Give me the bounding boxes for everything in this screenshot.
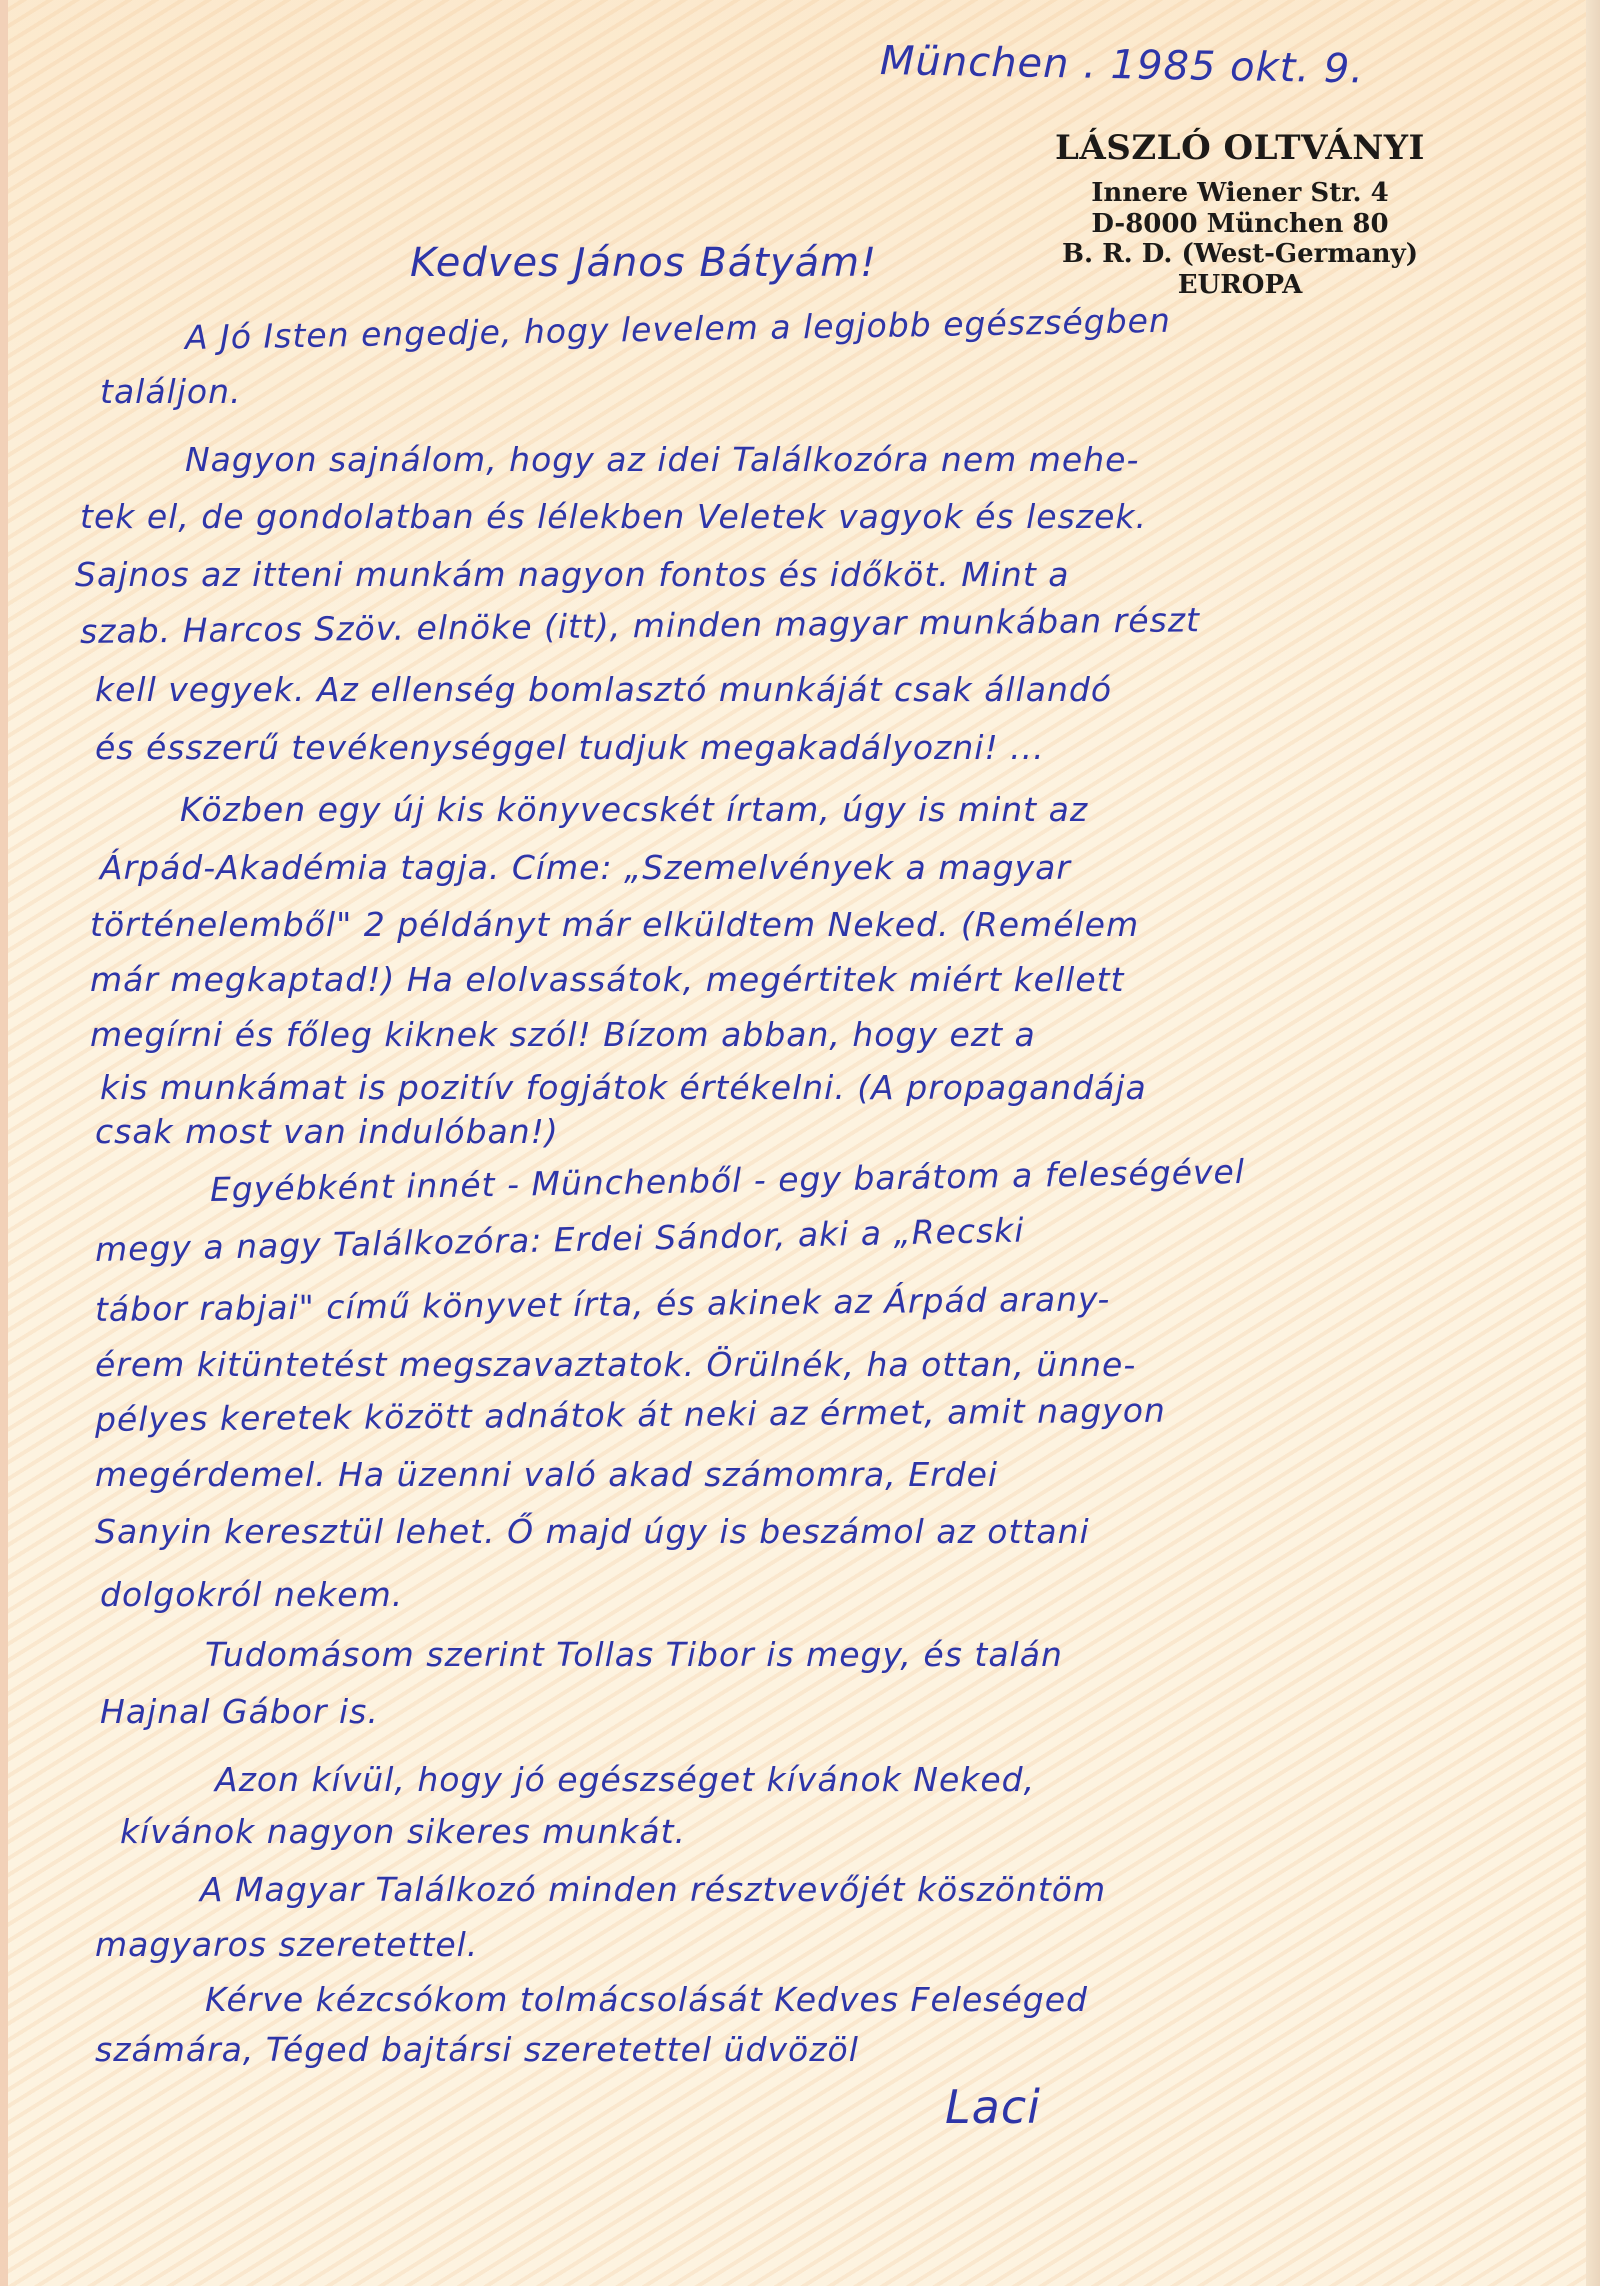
sender-name: LÁSZLÓ OLTVÁNYI: [1030, 128, 1450, 168]
signature: Laci: [945, 2080, 1041, 2134]
place-date: München . 1985 okt. 9.: [880, 38, 1365, 92]
paper-edge-left: [0, 0, 8, 2286]
body-line: megy a nagy Találkozóra: Erdei Sándor, a…: [95, 1211, 1025, 1269]
body-line: Nagyon sajnálom, hogy az idei Találkozór…: [185, 440, 1139, 479]
body-line: A Jó Isten engedje, hogy levelem a legjo…: [185, 301, 1171, 357]
letterhead: LÁSZLÓ OLTVÁNYI Innere Wiener Str. 4 D-8…: [1030, 128, 1450, 301]
body-line: Tudomásom szerint Tollas Tibor is megy, …: [205, 1635, 1063, 1674]
body-line: megérdemel. Ha üzenni való akad számomra…: [95, 1455, 998, 1494]
letter-page: München . 1985 okt. 9. LÁSZLÓ OLTVÁNYI I…: [0, 0, 1600, 2286]
body-line: Árpád-Akadémia tagja. Címe: „Szemelvénye…: [100, 848, 1071, 887]
body-line: számára, Téged bajtársi szeretettel üdvö…: [95, 2030, 859, 2069]
body-line: érem kitüntetést megszavaztatok. Örülnék…: [95, 1345, 1136, 1384]
body-line: magyaros szeretettel.: [95, 1925, 478, 1964]
body-line: dolgokról nekem.: [100, 1575, 403, 1614]
body-line: találjon.: [100, 372, 241, 411]
body-line: csak most van indulóban!): [95, 1112, 559, 1151]
body-line: szab. Harcos Szöv. elnöke (itt), minden …: [80, 600, 1200, 651]
body-line: és ésszerű tevékenységgel tudjuk megakad…: [95, 728, 1045, 767]
body-line: Azon kívül, hogy jó egészséget kívánok N…: [215, 1760, 1035, 1799]
body-line: Sanyin keresztül lehet. Ő majd úgy is be…: [95, 1512, 1090, 1551]
body-line: Hajnal Gábor is.: [100, 1692, 379, 1731]
body-line: Kérve kézcsókom tolmácsolását Kedves Fel…: [205, 1980, 1088, 2019]
sender-street: Innere Wiener Str. 4: [1030, 178, 1450, 209]
body-line: Egyébként innét - Münchenből - egy barát…: [210, 1152, 1246, 1209]
body-line: kell vegyek. Az ellenség bomlasztó munká…: [95, 670, 1112, 709]
body-line: pélyes keretek között adnátok át neki az…: [95, 1391, 1166, 1439]
body-line: megírni és főleg kiknek szól! Bízom abba…: [90, 1015, 1036, 1054]
body-line: A Magyar Találkozó minden résztvevőjét k…: [200, 1870, 1106, 1909]
body-line: Közben egy új kis könyvecskét írtam, úgy…: [180, 790, 1088, 829]
body-line: tábor rabjai" című könyvet írta, és akin…: [95, 1279, 1111, 1329]
body-line: már megkaptad!) Ha elolvassátok, megérti…: [90, 960, 1125, 999]
sender-continent: EUROPA: [1030, 270, 1450, 301]
body-line: kis munkámat is pozitív fogjátok értékel…: [100, 1068, 1147, 1107]
salutation: Kedves János Bátyám!: [410, 240, 877, 286]
body-line: Sajnos az itteni munkám nagyon fontos és…: [75, 555, 1070, 594]
sender-city: D-8000 München 80: [1030, 209, 1450, 240]
sender-country: B. R. D. (West-Germany): [1030, 239, 1450, 270]
body-line: kívánok nagyon sikeres munkát.: [120, 1812, 686, 1851]
body-line: történelemből" 2 példányt már elküldtem …: [90, 905, 1139, 944]
paper-edge-right: [1586, 0, 1600, 2286]
body-line: tek el, de gondolatban és lélekben Velet…: [80, 497, 1147, 536]
